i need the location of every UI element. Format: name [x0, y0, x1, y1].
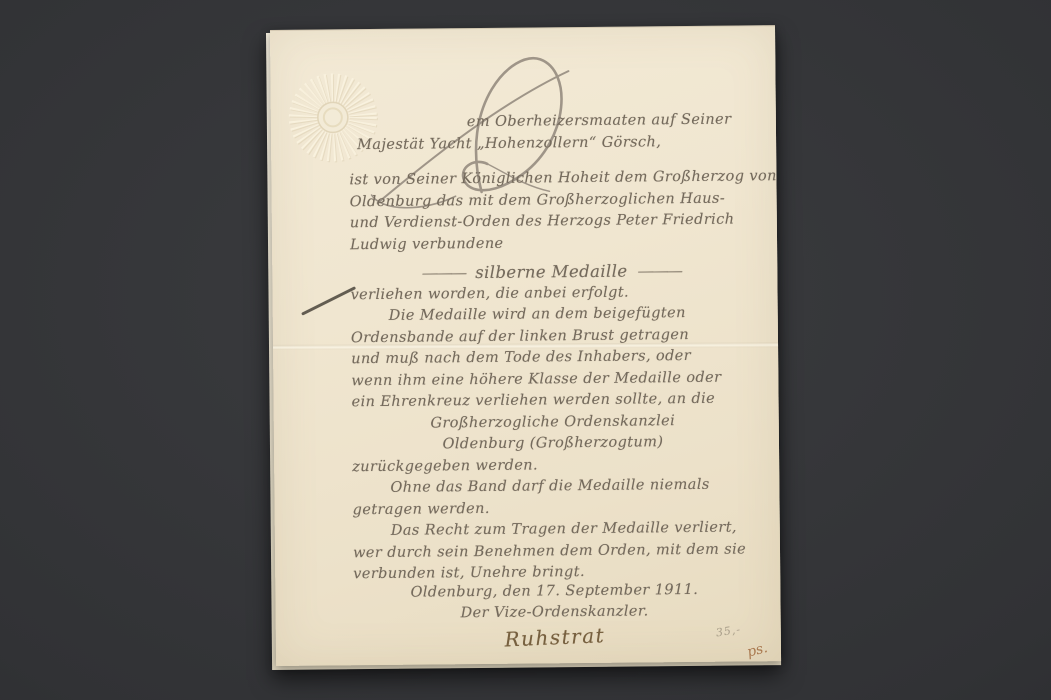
margin-pen-stroke: [301, 286, 356, 316]
grant-line: ist von Seiner Königlichen Hoheit dem Gr…: [349, 166, 751, 191]
address-line: Majestät Yacht „Hohenzollern“ Görsch,: [349, 131, 751, 156]
dash-rule: ———: [422, 263, 466, 282]
crayon-annotation: ps.: [745, 640, 769, 661]
grant-line: Ludwig verbundene: [350, 231, 752, 256]
address-line: em Oberheizersmaaten auf Seiner: [349, 109, 751, 134]
body-line: wer durch sein Benehmen dem Orden, mit d…: [353, 539, 755, 564]
medal-name: silberne Medaille: [465, 261, 638, 282]
award-document-paper: em Oberheizersmaaten auf Seiner Majestät…: [270, 25, 781, 666]
body-line: ein Ehrenkreuz verliehen werden sollte, …: [351, 388, 753, 413]
date-line: Oldenburg, den 17. September 1911.: [353, 579, 755, 604]
body-line: Ohne das Band darf die Medaille niemals: [352, 474, 754, 499]
photo-background: em Oberheizersmaaten auf Seiner Majestät…: [0, 0, 1051, 700]
dash-rule: ———: [637, 261, 681, 280]
body-line: Das Recht zum Tragen der Medaille verlie…: [353, 517, 755, 542]
grant-line: und Verdienst-Orden des Herzogs Peter Fr…: [350, 209, 752, 234]
handwritten-text: em Oberheizersmaaten auf Seiner Majestät…: [349, 109, 756, 650]
